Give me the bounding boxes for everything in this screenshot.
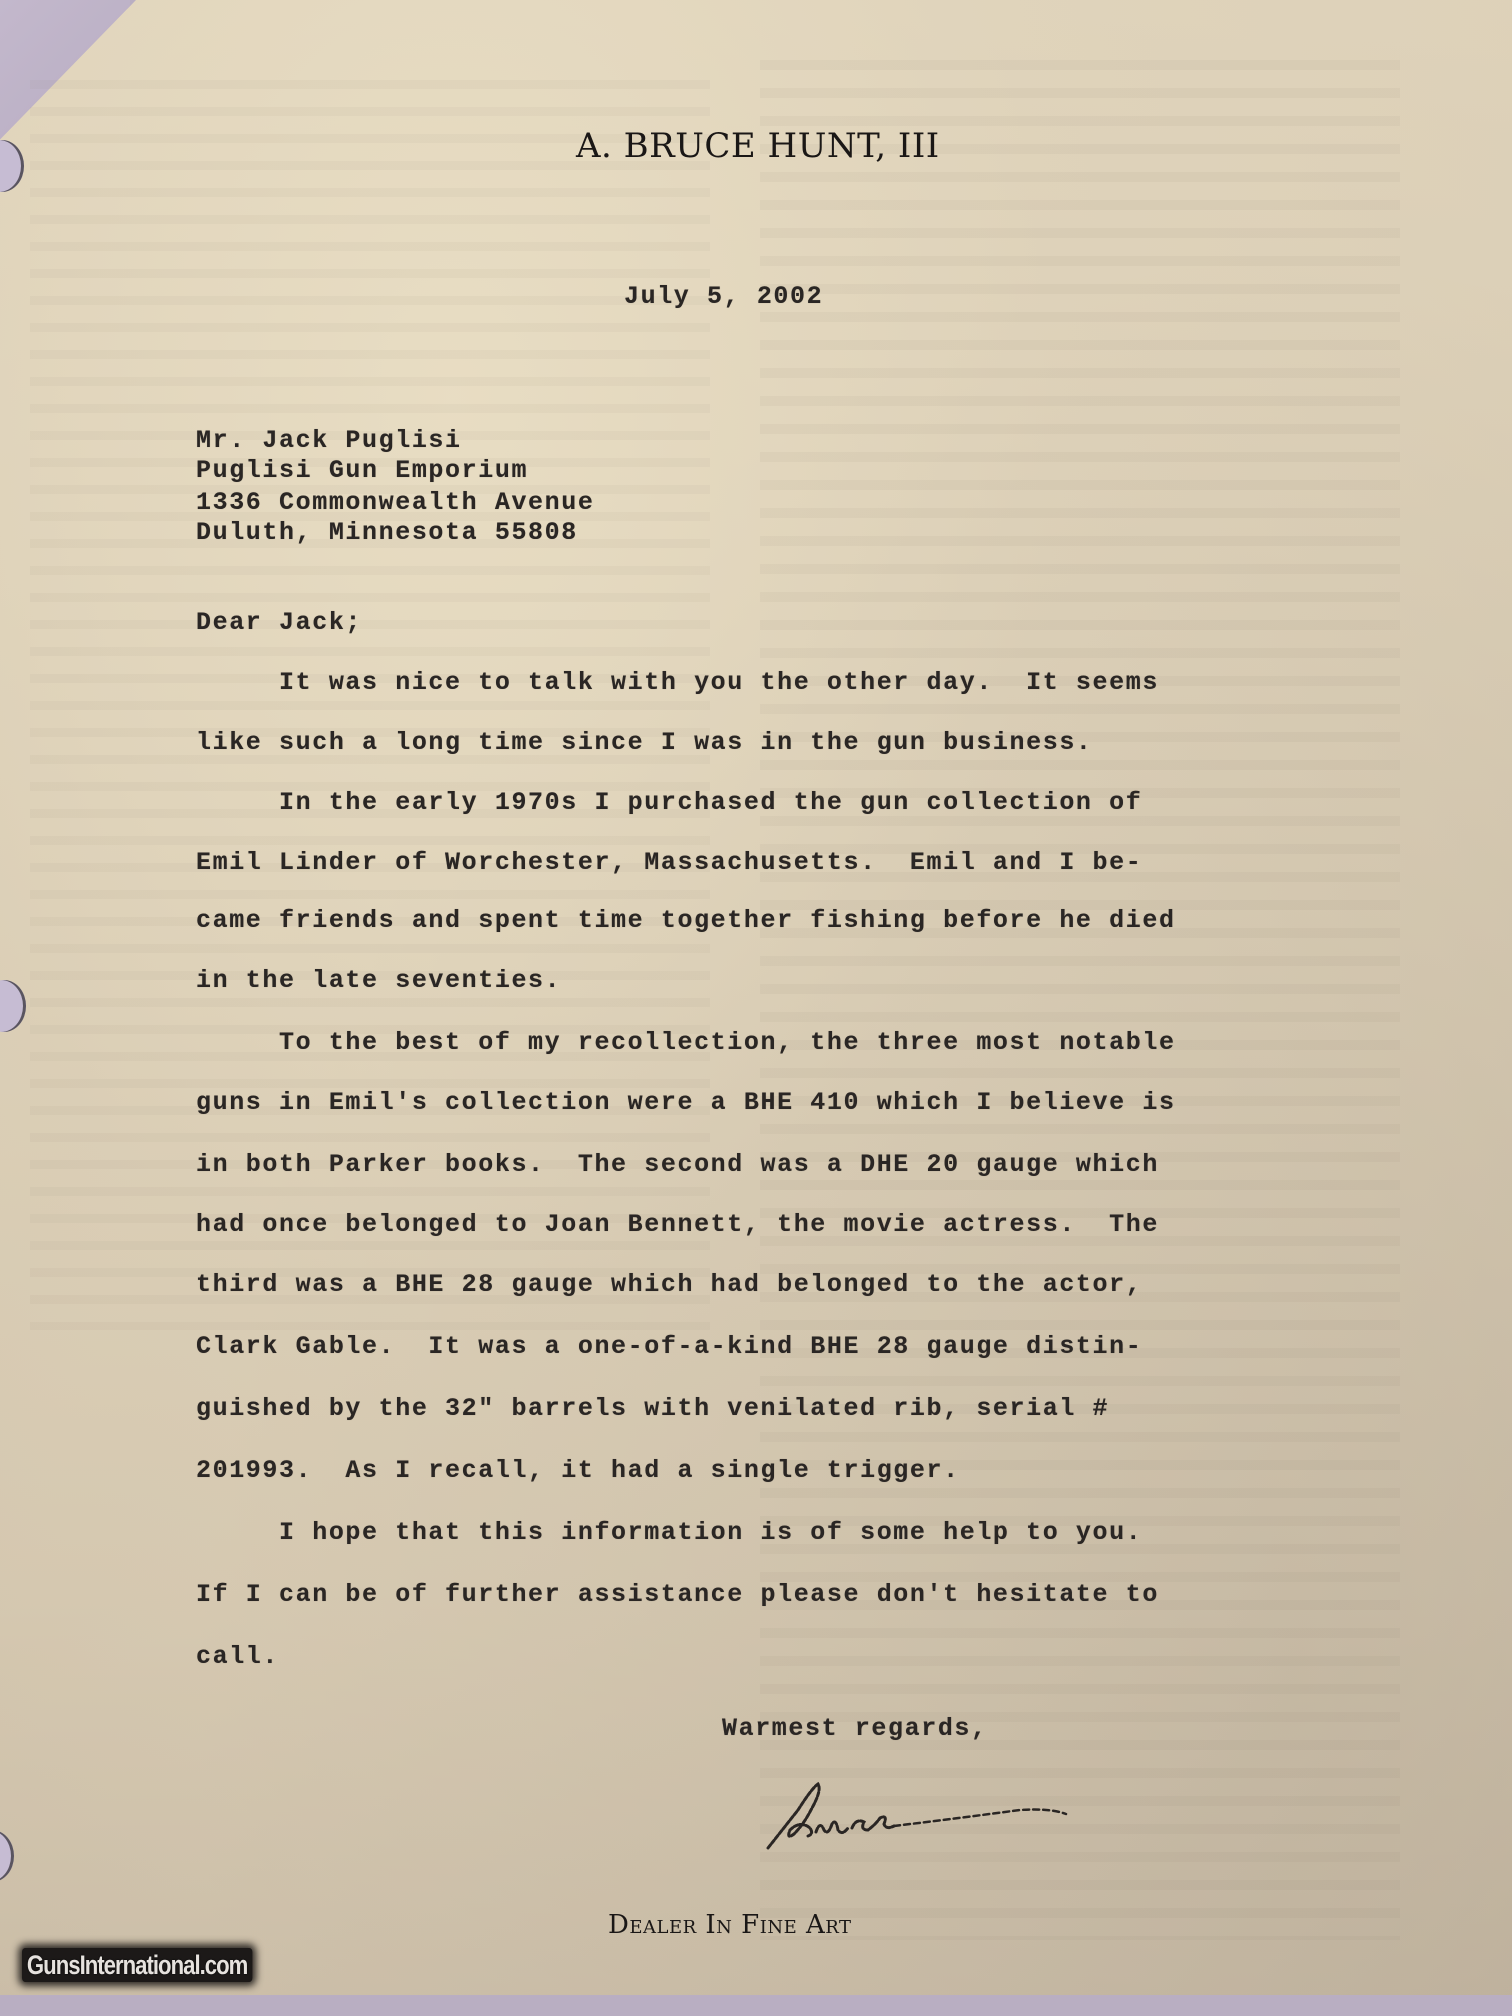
body-line: came friends and spent time together fis… bbox=[196, 906, 1176, 935]
recipient-street: 1336 Commonwealth Avenue bbox=[196, 488, 594, 517]
letterhead-footer: Dealer In Fine Art bbox=[608, 1910, 852, 1940]
body-line: Clark Gable. It was a one-of-a-kind BHE … bbox=[196, 1332, 1142, 1361]
body-line: had once belonged to Joan Bennett, the m… bbox=[196, 1210, 1159, 1239]
letterhead-name: A. BRUCE HUNT, III bbox=[576, 126, 940, 166]
body-line: It was nice to talk with you the other d… bbox=[196, 668, 1159, 697]
letter-date: July 5, 2002 bbox=[624, 282, 823, 311]
salutation: Dear Jack; bbox=[196, 608, 362, 637]
recipient-city-state-zip: Duluth, Minnesota 55808 bbox=[196, 518, 578, 547]
body-line: like such a long time since I was in the… bbox=[196, 728, 1093, 757]
signature-mark bbox=[760, 1780, 1080, 1850]
body-line: To the best of my recollection, the thre… bbox=[196, 1028, 1176, 1057]
body-line: Emil Linder of Worchester, Massachusetts… bbox=[196, 848, 1142, 877]
body-line: 201993. As I recall, it had a single tri… bbox=[196, 1456, 960, 1485]
recipient-company: Puglisi Gun Emporium bbox=[196, 456, 528, 485]
recipient-name: Mr. Jack Puglisi bbox=[196, 426, 462, 455]
body-line: If I can be of further assistance please… bbox=[196, 1580, 1159, 1609]
body-line: call. bbox=[196, 1642, 279, 1671]
watermark-logo: GunsInternational.com bbox=[22, 1948, 252, 1982]
closing: Warmest regards, bbox=[722, 1714, 988, 1743]
body-line: in the late seventies. bbox=[196, 966, 561, 995]
body-line: I hope that this information is of some … bbox=[196, 1518, 1142, 1547]
body-line: in both Parker books. The second was a D… bbox=[196, 1150, 1159, 1179]
body-line: In the early 1970s I purchased the gun c… bbox=[196, 788, 1142, 817]
body-line: guns in Emil's collection were a BHE 410… bbox=[196, 1088, 1176, 1117]
body-line: third was a BHE 28 gauge which had belon… bbox=[196, 1270, 1142, 1299]
body-line: guished by the 32" barrels with venilate… bbox=[196, 1394, 1109, 1423]
